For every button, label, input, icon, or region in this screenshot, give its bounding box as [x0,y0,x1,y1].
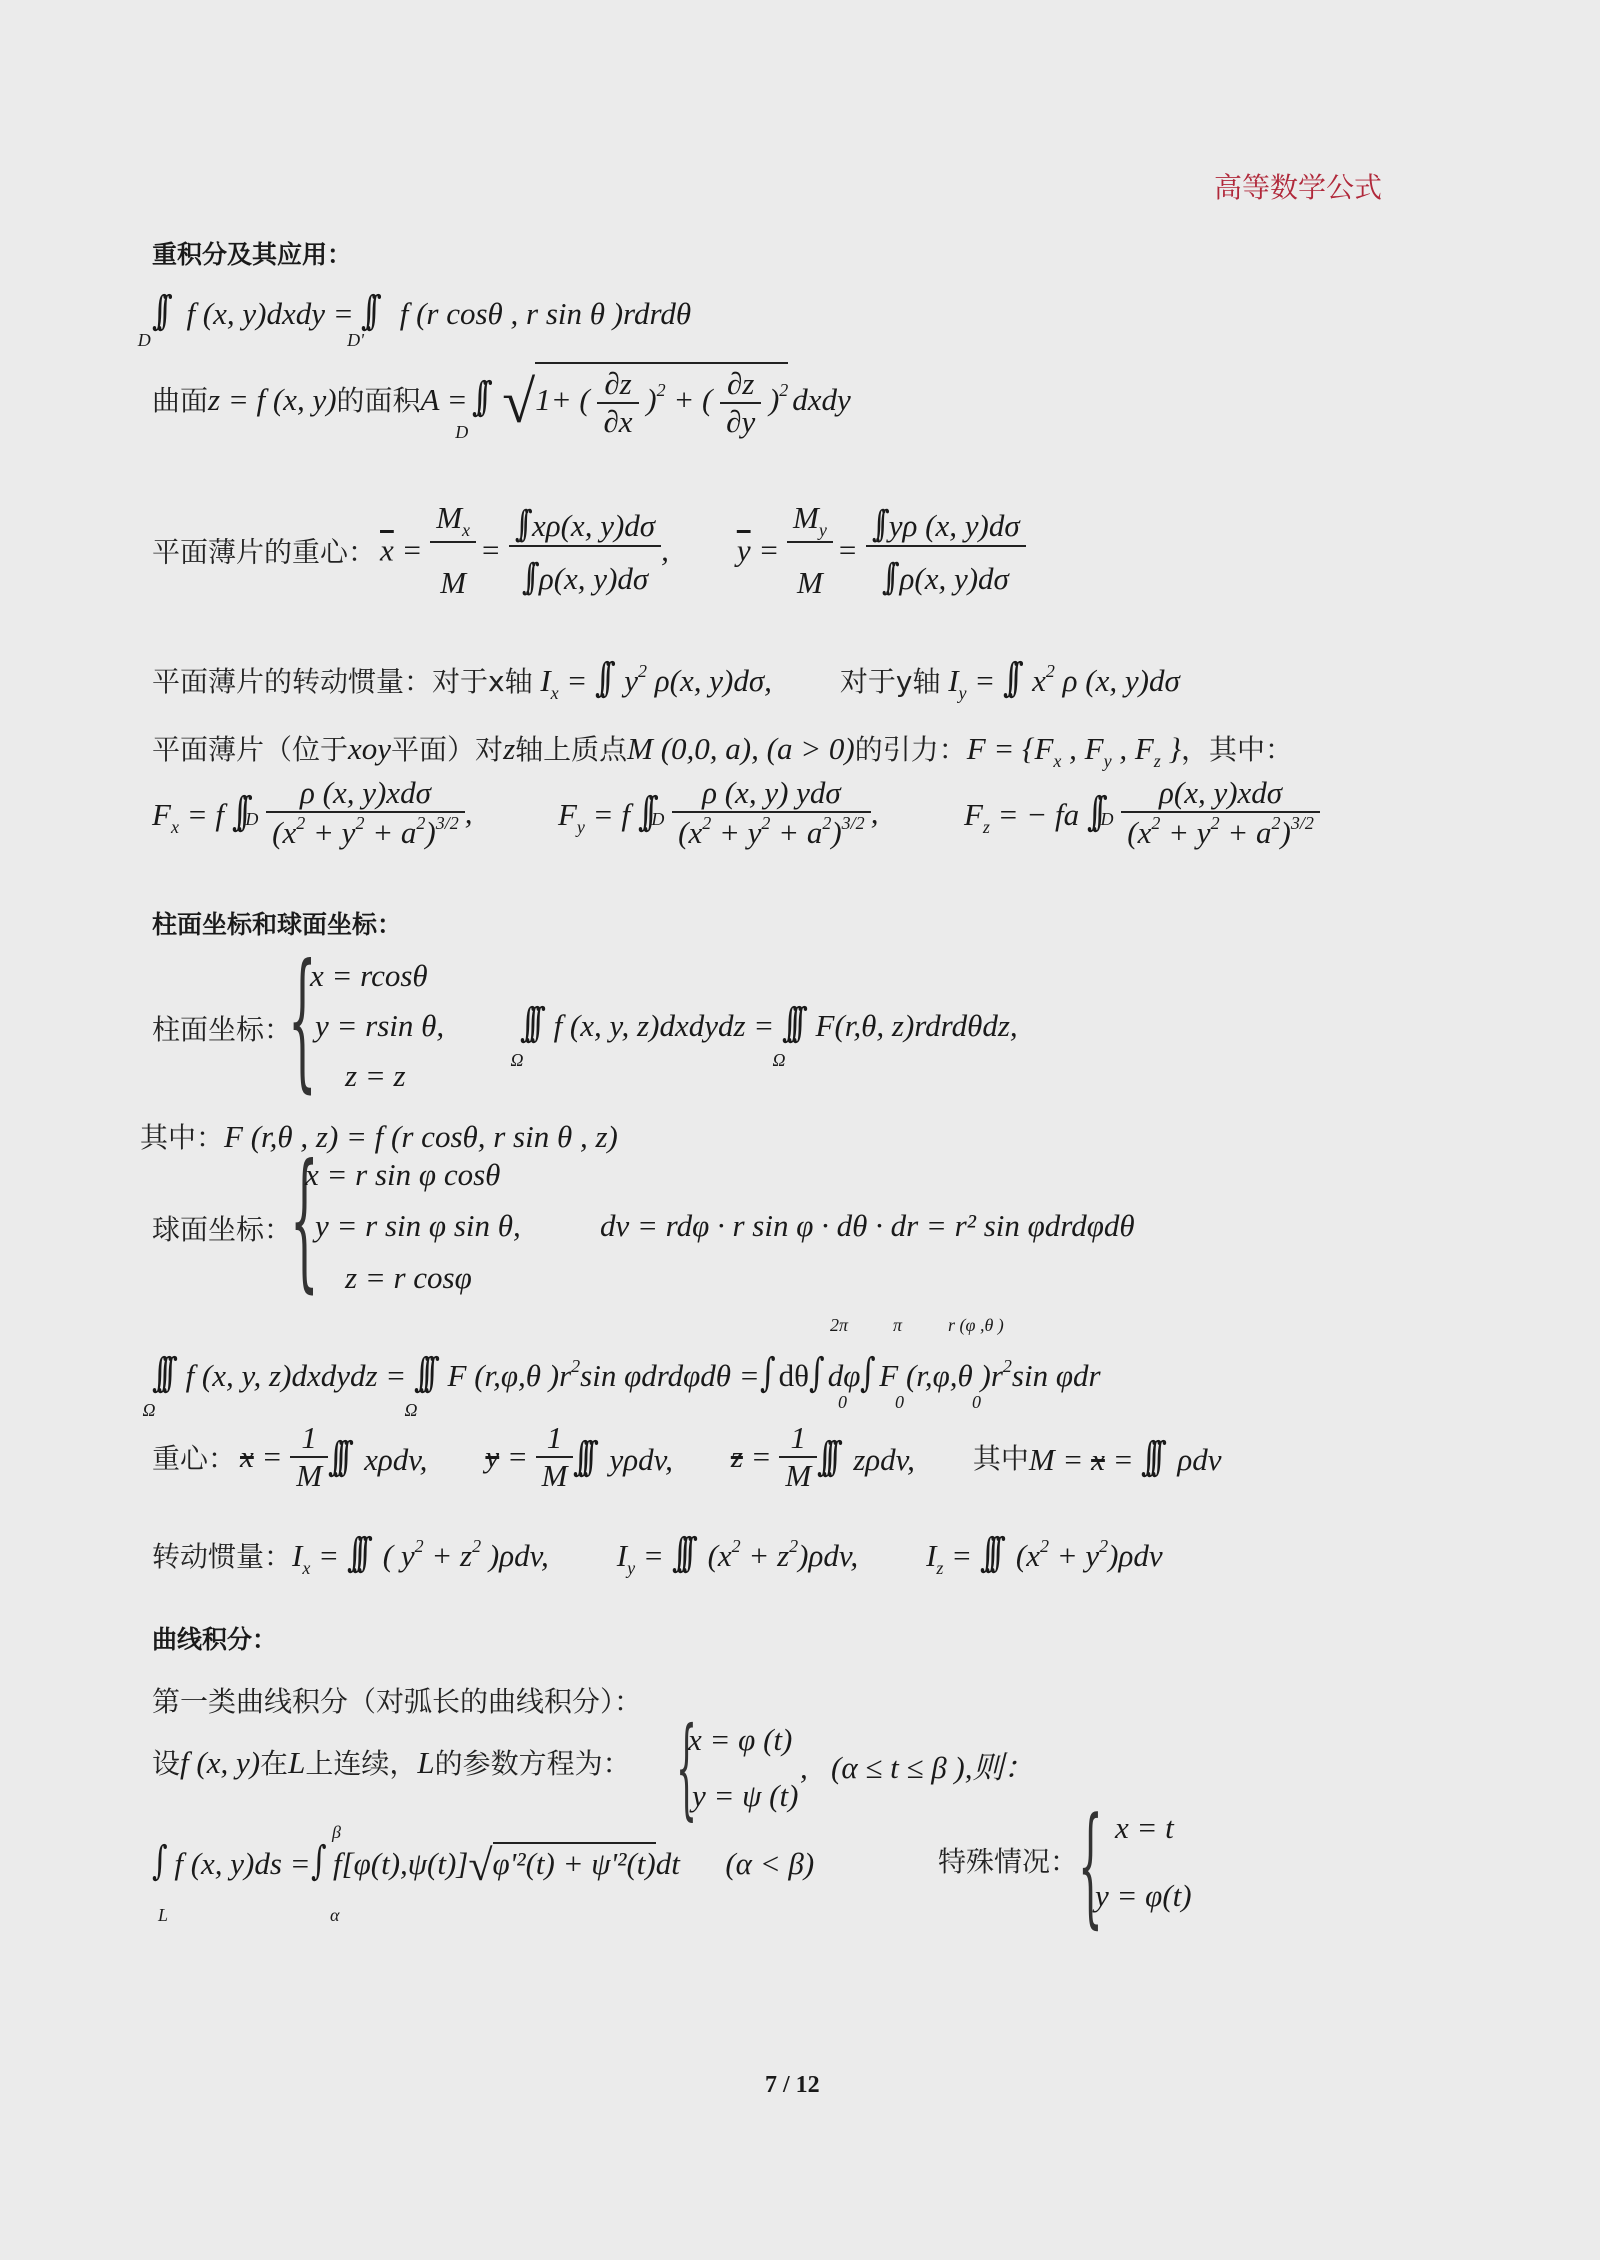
formula-spherical-integral: ∫∫∫Ωf (x, y, z)dxdydz = ∫∫∫ΩF (r,φ,θ )r2… [152,1350,1101,1396]
param-range: , (α ≤ t ≤ β ),则： [800,1742,1035,1787]
double-integral-icon: ∫∫ [152,288,162,334]
cylindrical-label: 柱面坐标： [152,1008,292,1048]
formula-cylindrical-where: 其中：F (r,θ , z) = f (r cosθ, r sin θ , z) [140,1116,618,1156]
special-case-label: 特殊情况： [938,1840,1078,1880]
formula-volume-element: dv = rdφ · r sin φ · dθ · dr = r² sin φd… [600,1208,1135,1244]
document-header-title: 高等数学公式 [1214,166,1382,206]
double-integral-icon: ∫∫ [472,374,482,420]
double-integral-icon: ∫∫ [361,288,371,334]
cyl-eq-y: y = rsin θ, [315,1008,444,1044]
formula-solid-centroid: 重心： x = 1M∫∫∫ xρdv, y = 1M∫∫∫ yρdv, z = … [152,1420,1221,1494]
limit-lower-r: 0 [972,1392,981,1413]
sph-eq-x: x = r sin φ cosθ [305,1157,500,1193]
formula-solid-inertia: 转动惯量：Ix = ∫∫∫ ( y2 + z2 )ρdv, Iy = ∫∫∫ (… [152,1530,1163,1579]
formula-surface-area: 曲面z = f (x, y)的面积A = ∫∫D √1+ ( ∂z∂x )2 +… [152,362,851,440]
limit-alpha: α [330,1905,339,1926]
first-kind-line-integral-label: 第一类曲线积分（对弧长的曲线积分）： [152,1680,642,1720]
cyl-eq-x: x = rcosθ [310,958,428,994]
section-heading-line-integrals: 曲线积分： [152,1620,277,1656]
sph-eq-z: z = r cosφ [345,1260,472,1296]
param-eq-y: y = ψ (t) [692,1778,798,1814]
special-eq-x: x = t [1115,1810,1174,1846]
special-eq-y: y = φ(t) [1095,1878,1192,1914]
spherical-label: 球面坐标： [152,1208,292,1248]
limit-lower-phi: 0 [895,1392,904,1413]
formula-plate-centroid: 平面薄片的重心： x = MxM = ∫∫ xρ(x, y)dσ∫∫ ρ(x, … [152,500,1026,601]
limit-upper-phi: π [893,1315,902,1336]
limit-upper-theta: 2π [830,1315,848,1336]
formula-gravity-components: Fx = f ∫∫D ρ (x, y)xdσ(x2 + y2 + a2)3/2,… [152,775,1320,851]
cyl-eq-z: z = z [345,1058,406,1094]
sph-eq-y: y = r sin φ sin θ, [315,1208,521,1244]
formula-cylindrical-integral: ∫∫∫Ωf (x, y, z)dxdydz = ∫∫∫ΩF(r,θ, z)rdr… [520,1000,1018,1046]
formula-polar-conversion: ∫∫D f (x, y)dxdy = ∫∫D' f (r cosθ , r si… [152,288,691,334]
limit-L: L [158,1905,168,1926]
parametric-assumption: 设f (x, y)在L上连续，L的参数方程为： [152,1742,631,1782]
formula-arc-length-integral: ∫ f (x, y)ds =∫ f[φ(t),ψ(t)]√φ'²(t) + ψ'… [152,1838,814,1891]
limit-upper-r: r (φ ,θ ) [948,1315,1004,1336]
sqrt-icon: √ [468,1841,492,1890]
limit-lower-theta: 0 [838,1392,847,1413]
param-eq-x: x = φ (t) [688,1722,792,1758]
page-number: 7 / 12 [765,2072,820,2099]
section-heading-multiple-integrals: 重积分及其应用： [152,235,352,271]
limit-beta: β [332,1822,341,1843]
sqrt-icon: √ [502,369,535,435]
section-heading-coordinates: 柱面坐标和球面坐标： [152,905,402,941]
formula-plate-inertia: 平面薄片的转动惯量：对于x轴 Ix = ∫∫ y2 ρ(x, y)dσ, 对于y… [152,655,1180,704]
gravity-statement: 平面薄片（位于xoy平面）对z轴上质点M (0,0, a), (a > 0)的引… [152,728,1293,772]
